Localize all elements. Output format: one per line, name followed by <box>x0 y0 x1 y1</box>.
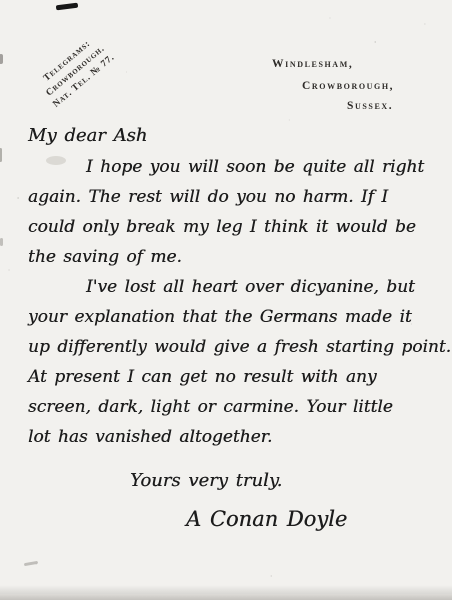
handwritten-line: again. The rest will do you no harm. If … <box>28 182 436 212</box>
handwritten-line: I hope you will soon be quite all right <box>28 152 436 182</box>
handwritten-body: My dear Ash I hope you will soon be quit… <box>28 120 436 536</box>
address-line: Sussex. <box>272 99 394 113</box>
handwritten-line: the saving of me. <box>28 242 436 272</box>
scan-ink-mark <box>56 3 78 11</box>
signature: A Conan Doyle <box>28 502 436 536</box>
scan-bottom-shadow <box>0 594 452 600</box>
telegraph-line: Crowborough. <box>24 27 127 117</box>
address-line: Windlesham, <box>272 57 394 71</box>
scan-speck <box>24 561 38 566</box>
scan-edge-speck <box>0 54 3 64</box>
scan-edge-speck <box>0 148 2 162</box>
address-line: Crowborough, <box>272 79 394 93</box>
telegraph-letterhead: Telegrams: Crowborough. Nat. Tel. № 77. <box>16 17 136 127</box>
handwritten-line: up differently would give a fresh starti… <box>28 332 436 362</box>
handwritten-line: screen, dark, light or carmine. Your lit… <box>28 392 436 422</box>
salutation: My dear Ash <box>28 120 436 152</box>
scanned-letter-page: Telegrams: Crowborough. Nat. Tel. № 77. … <box>0 0 452 600</box>
address-letterhead: Windlesham, Crowborough, Sussex. <box>272 57 394 113</box>
scan-edge-speck <box>0 238 3 246</box>
handwritten-line: could only break my leg I think it would… <box>28 212 436 242</box>
closing-valediction: Yours very truly. <box>28 466 436 496</box>
handwritten-line: At present I can get no result with any <box>28 362 436 392</box>
handwritten-line: I've lost all heart over dicyanine, but <box>28 272 436 302</box>
handwritten-line: lot has vanished altogether. <box>28 422 436 452</box>
handwritten-line: your explanation that the Germans made i… <box>28 302 436 332</box>
